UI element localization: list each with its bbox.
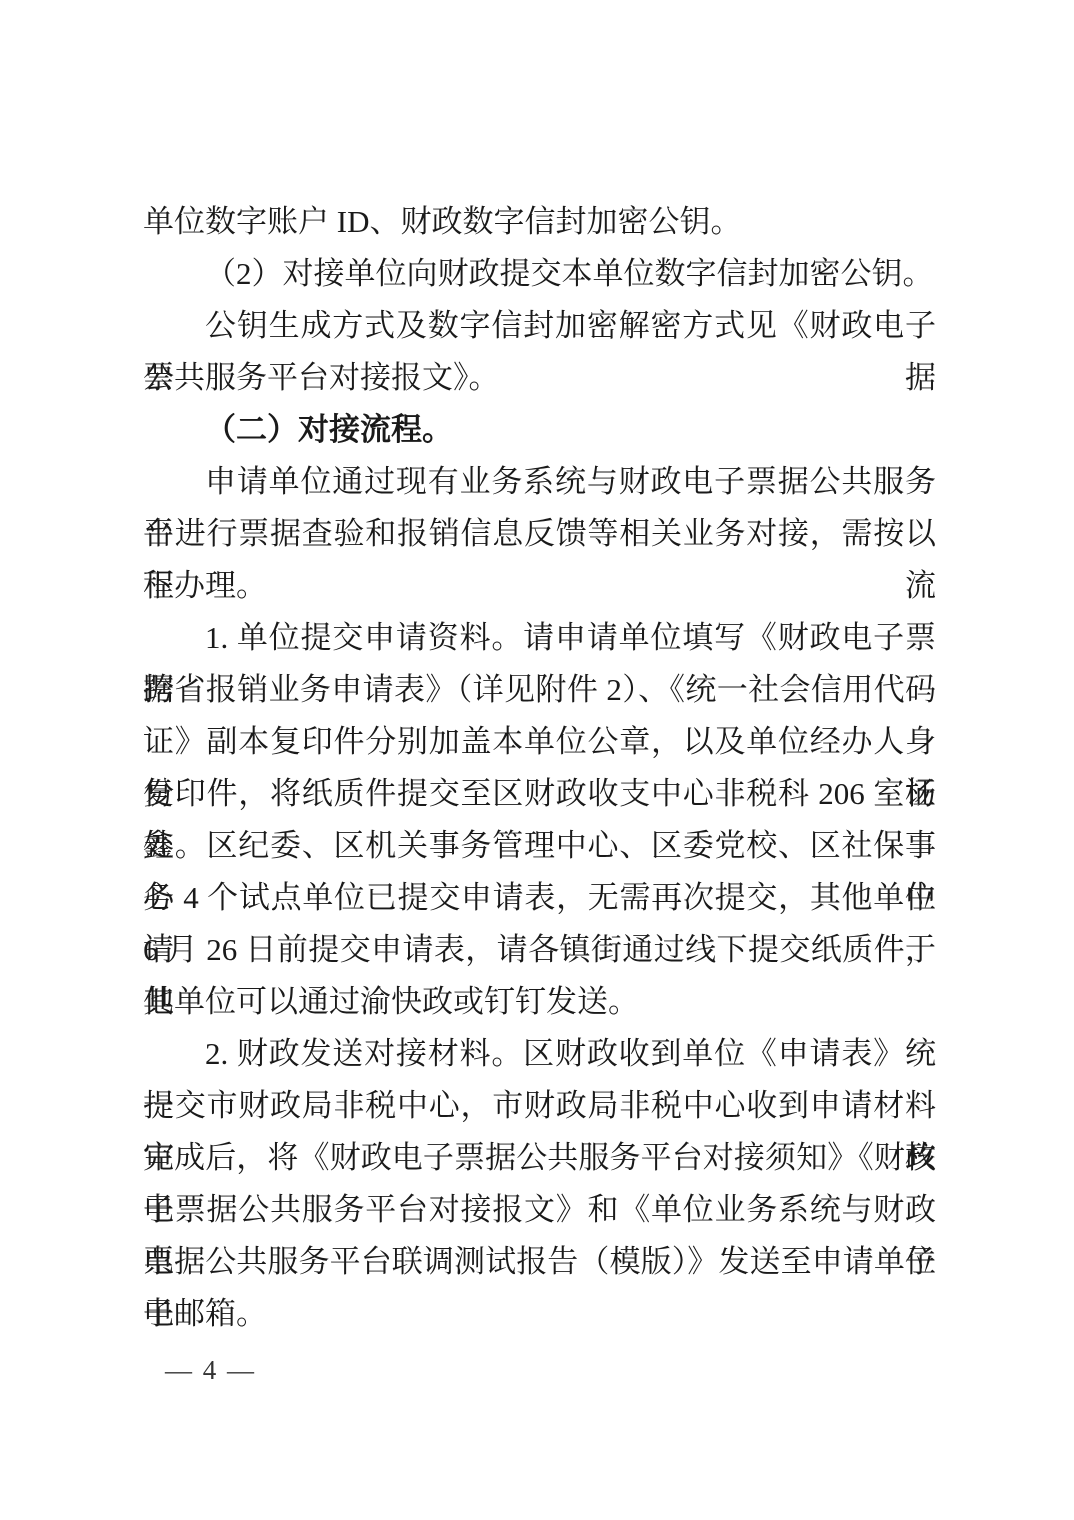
text-line: 心 4 个试点单位已提交申请表，无需再次提交，其他单位请于 [143, 872, 936, 924]
text-line: 1. 单位提交申请资料。请申请单位填写《财政电子票据 [143, 612, 936, 664]
text-line: 票据公共服务平台联调测试报告（模版）》发送至申请单位电 [143, 1236, 936, 1288]
text-line: 复印件，将纸质件提交至区财政收支中心非税科 206 室杨鑫 [143, 768, 936, 820]
text-line: 子票据公共服务平台对接报文》和《单位业务系统与财政电子 [143, 1184, 936, 1236]
text-line: 6 月 26 日前提交申请表，请各镇街通过线下提交纸质件，其 [143, 924, 936, 976]
text-line: 处。区纪委、区机关事务管理中心、区委党校、区社保事务中 [143, 820, 936, 872]
text-line: 单位数字账户 ID、财政数字信封加密公钥。 [143, 196, 936, 248]
text-line: 台进行票据查验和报销信息反馈等相关业务对接，需按以下流 [143, 508, 936, 560]
section-heading-line: （二）对接流程。 [143, 404, 936, 456]
text-line: 跨省报销业务申请表》（详见附件 2）、《统一社会信用代码 [143, 664, 936, 716]
text-line: 他单位可以通过渝快政或钉钉发送。 [143, 976, 936, 1028]
text-line: 申请单位通过现有业务系统与财政电子票据公共服务平 [143, 456, 936, 508]
page-number: — 4 — [165, 1352, 256, 1388]
text-line: 证》副本复印件分别加盖本单位公章，以及单位经办人身份证 [143, 716, 936, 768]
document-page: 单位数字账户 ID、财政数字信封加密公钥。 （2）对接单位向财政提交本单位数字信… [0, 0, 1074, 1520]
text-line: （2）对接单位向财政提交本单位数字信封加密公钥。 [143, 248, 936, 300]
document-body: 单位数字账户 ID、财政数字信封加密公钥。 （2）对接单位向财政提交本单位数字信… [143, 196, 936, 1340]
text-line: 完成后，将《财政电子票据公共服务平台对接须知》《财政电 [143, 1132, 936, 1184]
text-line: 子邮箱。 [143, 1288, 936, 1340]
text-line: 公钥生成方式及数字信封加密解密方式见《财政电子票据 [143, 300, 936, 352]
text-line: 2. 财政发送对接材料。区财政收到单位《申请表》统一 [143, 1028, 936, 1080]
text-line: 提交市财政局非税中心，市财政局非税中心收到申请材料审核 [143, 1080, 936, 1132]
